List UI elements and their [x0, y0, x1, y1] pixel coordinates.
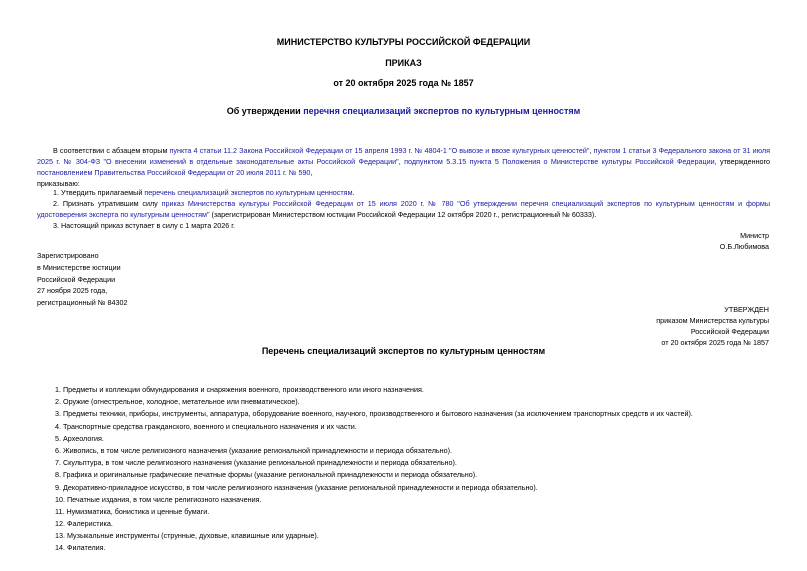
clause-2-text: 2. Признать утратившим силу — [53, 199, 162, 208]
clause-1-text: 1. Утвердить прилагаемый — [53, 188, 144, 197]
list-title: Перечень специализаций экспертов по куль… — [0, 346, 807, 356]
list-item: 6. Живопись, в том числе религиозного на… — [55, 445, 693, 457]
clause-1: 1. Утвердить прилагаемый перечень специа… — [53, 187, 355, 198]
preamble-link-regulation[interactable]: подпунктом 5.3.15 пункта 5 Положения о М… — [404, 157, 715, 166]
list-item: 4. Транспортные средства гражданского, в… — [55, 421, 693, 433]
preamble-text-1: В соответствии с абзацем вторым — [53, 146, 170, 155]
list-item: 10. Печатные издания, в том числе религи… — [55, 494, 693, 506]
order-title-prefix: Об утверждении — [227, 106, 303, 116]
list-item: 7. Скульптура, в том числе религиозного … — [55, 457, 693, 469]
date-number-heading: от 20 октября 2025 года № 1857 — [0, 78, 807, 88]
clause-3: 3. Настоящий приказ вступает в силу с 1 … — [53, 220, 235, 231]
list-item: 12. Фалеристика. — [55, 518, 693, 530]
list-item: 14. Филателия. — [55, 542, 693, 554]
specializations-list: 1. Предметы и коллекции обмундирования и… — [55, 384, 693, 555]
approval-line-3: Российской Федерации — [691, 326, 769, 337]
document-page: МИНИСТЕРСТВО КУЛЬТУРЫ РОССИЙСКОЙ ФЕДЕРАЦ… — [0, 0, 807, 571]
list-item: 9. Декоративно-прикладное искусство, в т… — [55, 482, 693, 494]
list-item: 8. Графика и оригинальные графические пе… — [55, 469, 693, 481]
clause-2: 2. Признать утратившим силу приказ Минис… — [37, 198, 770, 220]
registration-block: Зарегистрировано в Министерстве юстиции … — [37, 250, 127, 309]
registration-line: регистрационный № 84302 — [37, 297, 127, 309]
list-item: 13. Музыкальные инструменты (струнные, д… — [55, 530, 693, 542]
list-item: 2. Оружие (огнестрельное, холодное, мета… — [55, 396, 693, 408]
list-item: 11. Нумизматика, бонистика и ценные бума… — [55, 506, 693, 518]
clause-1-link[interactable]: перечень специализаций экспертов по куль… — [144, 188, 352, 197]
signature-position: Министр — [740, 230, 769, 241]
preamble-link-law-4804[interactable]: пункта 4 статьи 11.2 Закона Российской Ф… — [170, 146, 590, 155]
registration-line: Зарегистрировано — [37, 250, 127, 262]
doc-type-heading: ПРИКАЗ — [0, 58, 807, 68]
list-item: 3. Предметы техники, приборы, инструмент… — [55, 408, 693, 420]
registration-line: Российской Федерации — [37, 274, 127, 286]
preamble-text-4: , утвержденного — [715, 157, 770, 166]
list-item: 1. Предметы и коллекции обмундирования и… — [55, 384, 693, 396]
order-title-link[interactable]: перечня специализаций экспертов по культ… — [303, 106, 580, 116]
registration-line: 27 ноября 2025 года, — [37, 285, 127, 297]
registration-line: в Министерстве юстиции — [37, 262, 127, 274]
clause-1-end: . — [353, 188, 355, 197]
preamble-link-resolution-590[interactable]: постановлением Правительства Российской … — [37, 168, 310, 177]
approval-line-2: приказом Министерства культуры — [656, 315, 769, 326]
preamble-paragraph: В соответствии с абзацем вторым пункта 4… — [37, 145, 770, 178]
list-item: 5. Археология. — [55, 433, 693, 445]
signature-name: О.Б.Любимова — [720, 241, 769, 252]
order-title: Об утверждении перечня специализаций экс… — [0, 106, 807, 116]
clause-2-end: (зарегистрирован Министерством юстиции Р… — [210, 210, 597, 219]
approval-line-1: УТВЕРЖДЕН — [724, 304, 769, 315]
ministry-heading: МИНИСТЕРСТВО КУЛЬТУРЫ РОССИЙСКОЙ ФЕДЕРАЦ… — [0, 37, 807, 47]
preamble-text-5: , — [310, 168, 312, 177]
